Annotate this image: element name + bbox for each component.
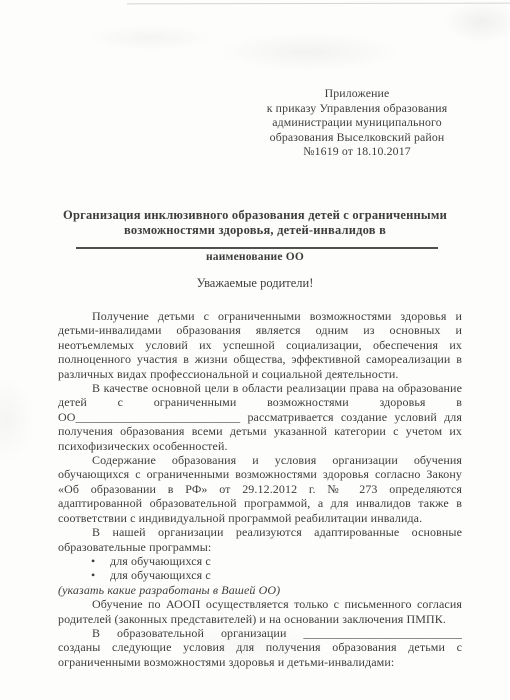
paragraph-4: В нашей организации реализуются адаптиро…	[58, 525, 462, 554]
header-line: администрации муниципального	[248, 115, 466, 130]
salutation: Уважаемые родители!	[0, 276, 510, 290]
paragraph-3: Содержание образования и условия организ…	[58, 453, 462, 525]
header-line: к приказу Управления образования	[248, 101, 466, 116]
italic-note: (указать какие разработаны в Вашей ОО)	[58, 583, 462, 597]
bullet-item-label: для обучающихся с	[110, 568, 211, 582]
bullet-item-label: для обучающихся с	[110, 554, 211, 568]
header-line: Приложение	[248, 86, 466, 101]
appendix-header: Приложение к приказу Управления образова…	[248, 86, 466, 159]
name-blank-line	[76, 247, 438, 249]
letter-body: Получение детьми с ограниченными возможн…	[58, 309, 462, 669]
bullet-item: •для обучающихся с	[58, 568, 462, 582]
scanned-document-page: Приложение к приказу Управления образова…	[0, 0, 510, 700]
paragraph-2: В качестве основной цели в области реали…	[58, 381, 462, 453]
document-title: Организация инклюзивного образования дет…	[55, 208, 455, 238]
caption-name-oo: наименование ОО	[0, 251, 510, 264]
paragraph-1: Получение детьми с ограниченными возможн…	[58, 309, 462, 381]
bullet-dot: •	[91, 554, 110, 568]
header-line: №1619 от 18.10.2017	[248, 144, 466, 159]
paragraph-5: Обучение по АООП осуществляется только с…	[58, 597, 462, 626]
bullet-item: •для обучающихся с	[58, 554, 462, 568]
scan-edge-line	[127, 3, 510, 5]
bullet-dot: •	[91, 568, 110, 582]
paragraph-6: В образовательной организации __________…	[58, 626, 462, 669]
header-line: образования Выселковский район	[248, 130, 466, 145]
